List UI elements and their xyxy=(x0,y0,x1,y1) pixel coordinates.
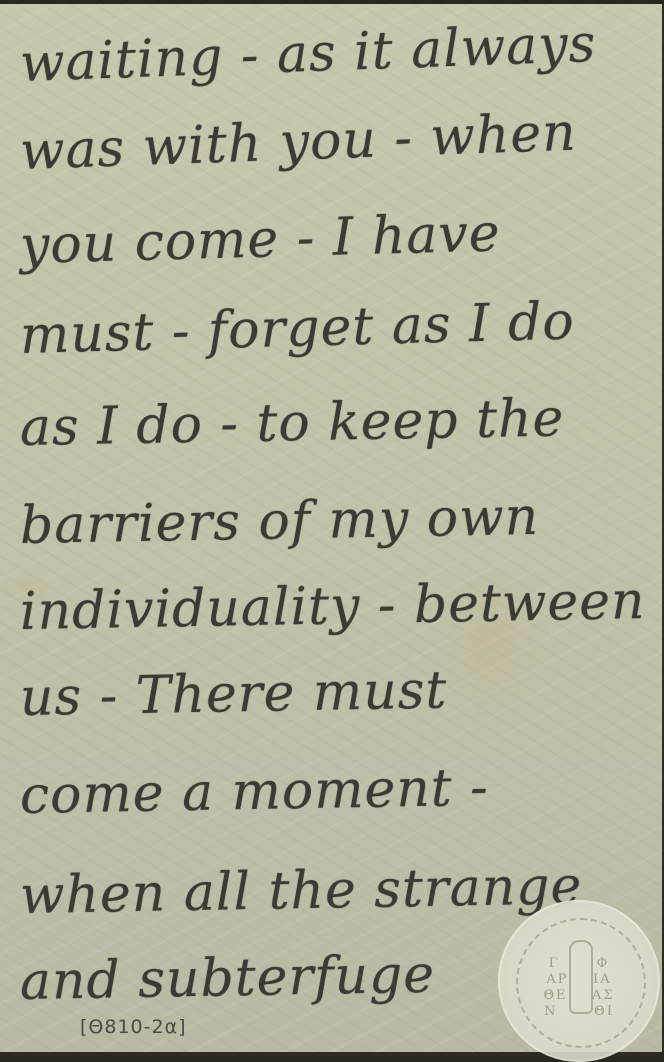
letter-page: waiting - as it always was with you - wh… xyxy=(0,4,664,1056)
handwritten-line-2: was with you - when xyxy=(19,103,578,182)
seal-letters: Γ ΦΑΡ ΙΑΘΕ ΑΣΝ ΘΙ xyxy=(498,956,660,1020)
handwritten-line-7: individuality - between xyxy=(19,571,645,642)
handwritten-line-3: you come - I have xyxy=(19,203,501,276)
handwritten-line-11: and subterfuge xyxy=(19,945,435,1012)
handwritten-line-5: as I do - to keep the xyxy=(19,389,564,458)
handwritten-line-10: when all the strange xyxy=(19,856,582,926)
archive-label: [Θ810-2α] xyxy=(80,1016,187,1038)
embossed-seal: Γ ΦΑΡ ΙΑΘΕ ΑΣΝ ΘΙ xyxy=(498,900,660,1056)
handwritten-line-8: us - There must xyxy=(19,661,447,728)
handwritten-line-4: must - forget as I do xyxy=(19,291,575,366)
handwritten-line-6: barriers of my own xyxy=(19,487,539,556)
handwritten-line-1: waiting - as it always xyxy=(19,14,597,94)
handwritten-line-9: come a moment - xyxy=(19,758,489,826)
